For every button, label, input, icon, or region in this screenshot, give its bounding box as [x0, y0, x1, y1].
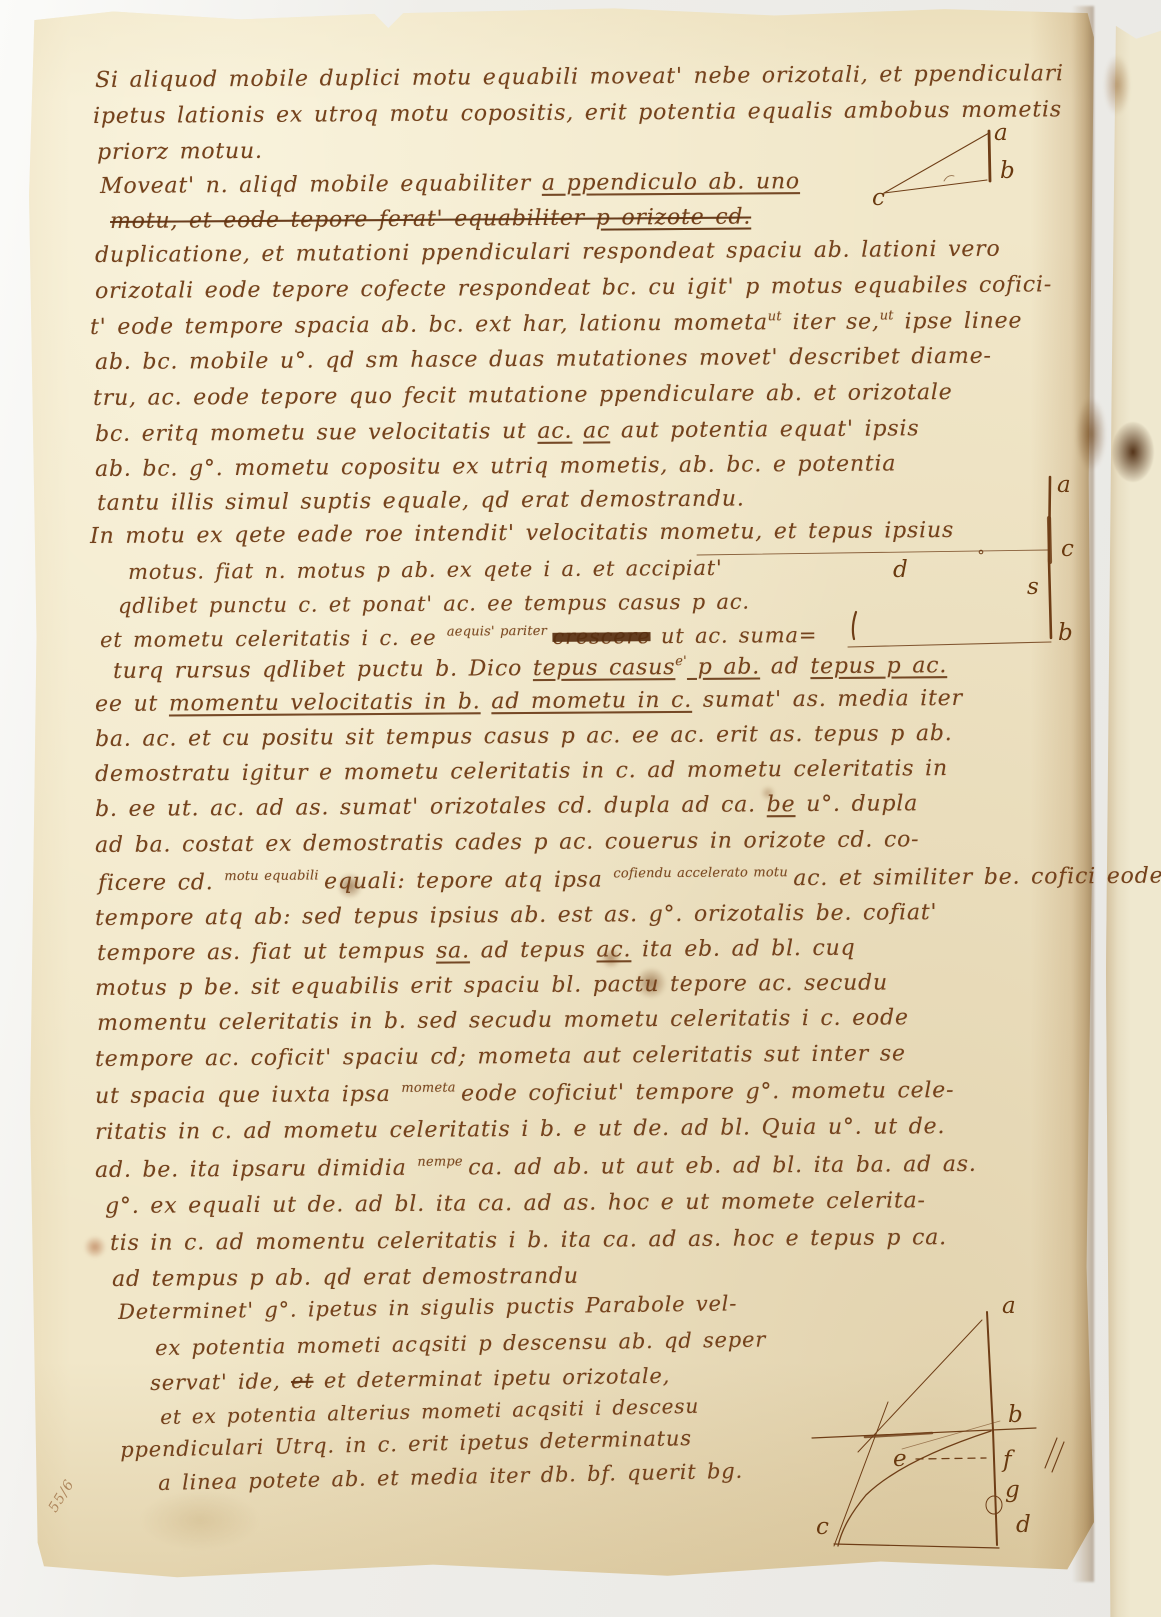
point-label-e: e	[893, 1446, 907, 1472]
point-label-s: s	[1027, 574, 1039, 600]
triangle-figure: a b c	[872, 120, 1015, 211]
vertex-label-a: a	[994, 120, 1008, 146]
vertex-label-b: b	[1000, 158, 1015, 184]
vertex-label-c: c	[872, 185, 885, 211]
point-label-a: a	[1002, 1293, 1016, 1319]
point-label-b: b	[1058, 620, 1073, 646]
point-label-d: d	[1016, 1512, 1031, 1538]
point-label-g: g	[1005, 1477, 1020, 1503]
point-label-f: f	[1001, 1447, 1015, 1473]
vertical-line-figure: a c s b d	[697, 472, 1074, 647]
point-label-a: a	[1057, 472, 1071, 498]
manuscript-photo: { "page": { "background_color": "#f2f1ed…	[0, 0, 1161, 1617]
point-label-c: c	[1061, 536, 1074, 562]
parabola-figure: a b e f g d c	[812, 1293, 1064, 1548]
point-label-b: b	[1008, 1402, 1023, 1428]
point-label-c: c	[816, 1514, 829, 1540]
geometric-figures: a b c a c s b d a b e f g d c	[0, 0, 1161, 1617]
point-label-d: d	[893, 557, 908, 583]
